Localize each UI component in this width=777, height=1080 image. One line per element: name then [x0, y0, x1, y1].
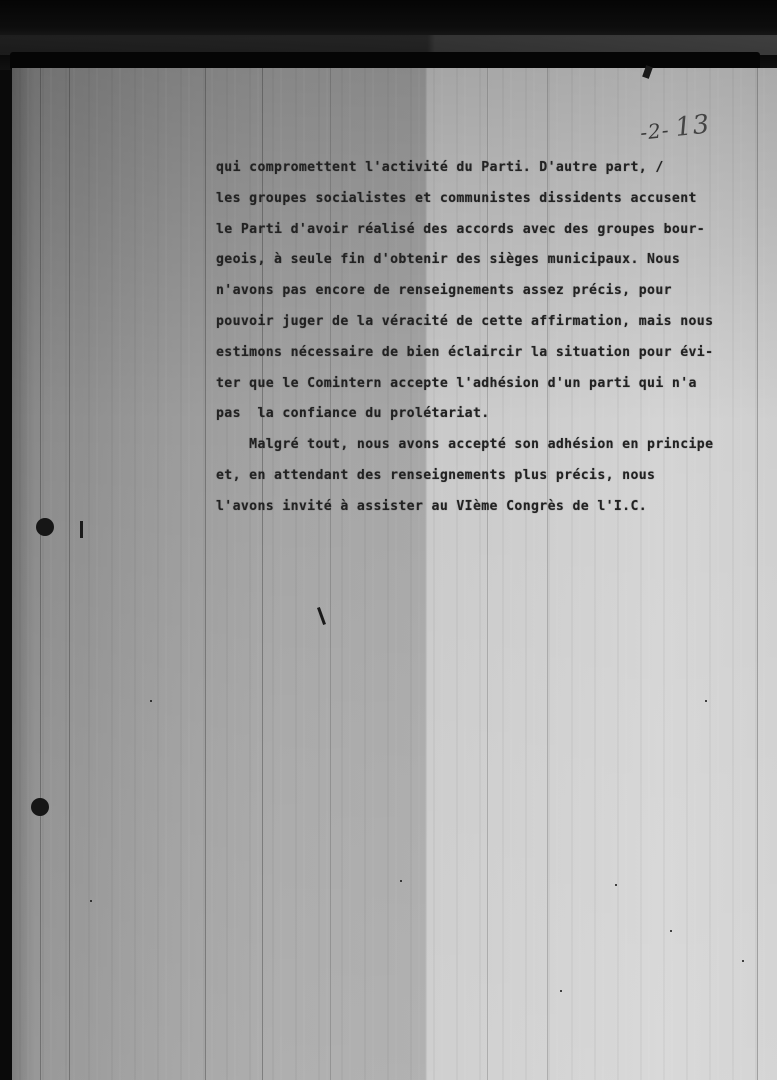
text-line: pas la confiance du prolétariat.: [216, 406, 761, 437]
speck: [615, 884, 617, 886]
speck: [560, 990, 562, 992]
text-line: qui compromettent l'activité du Parti. D…: [216, 160, 761, 191]
handwritten-folio: 13: [674, 109, 712, 143]
text-line: les groupes socialistes et communistes d…: [216, 191, 761, 222]
text-line: pouvoir juger de la véracité de cette af…: [216, 314, 761, 345]
text-line: n'avons pas encore de renseignements ass…: [216, 283, 761, 314]
speck: [670, 930, 672, 932]
speck: [705, 700, 707, 702]
ink-mark: [80, 521, 83, 538]
page-marker: -2-: [639, 118, 671, 145]
text-line: geois, à seule fin d'obtenir des sièges …: [216, 252, 761, 283]
scan-top-border: [0, 0, 777, 70]
speck: [742, 960, 744, 962]
punch-hole-upper: [36, 518, 54, 536]
scan-streak: [40, 68, 41, 1080]
typewritten-body: qui compromettent l'activité du Parti. D…: [216, 160, 761, 530]
text-line: Malgré tout, nous avons accepté son adhé…: [216, 437, 761, 468]
scan-streak: [69, 68, 70, 1080]
text-line: le Parti d'avoir réalisé des accords ave…: [216, 222, 761, 253]
text-line: ter que le Comintern accepte l'adhésion …: [216, 376, 761, 407]
text-line: estimons nécessaire de bien éclaircir la…: [216, 345, 761, 376]
speck: [150, 700, 152, 702]
text-line: et, en attendant des renseignements plus…: [216, 468, 761, 499]
speck: [90, 900, 92, 902]
text-line: l'avons invité à assister au VIème Congr…: [216, 499, 761, 530]
scan-streak: [205, 68, 206, 1080]
punch-hole-lower: [31, 798, 49, 816]
speck: [400, 880, 402, 882]
